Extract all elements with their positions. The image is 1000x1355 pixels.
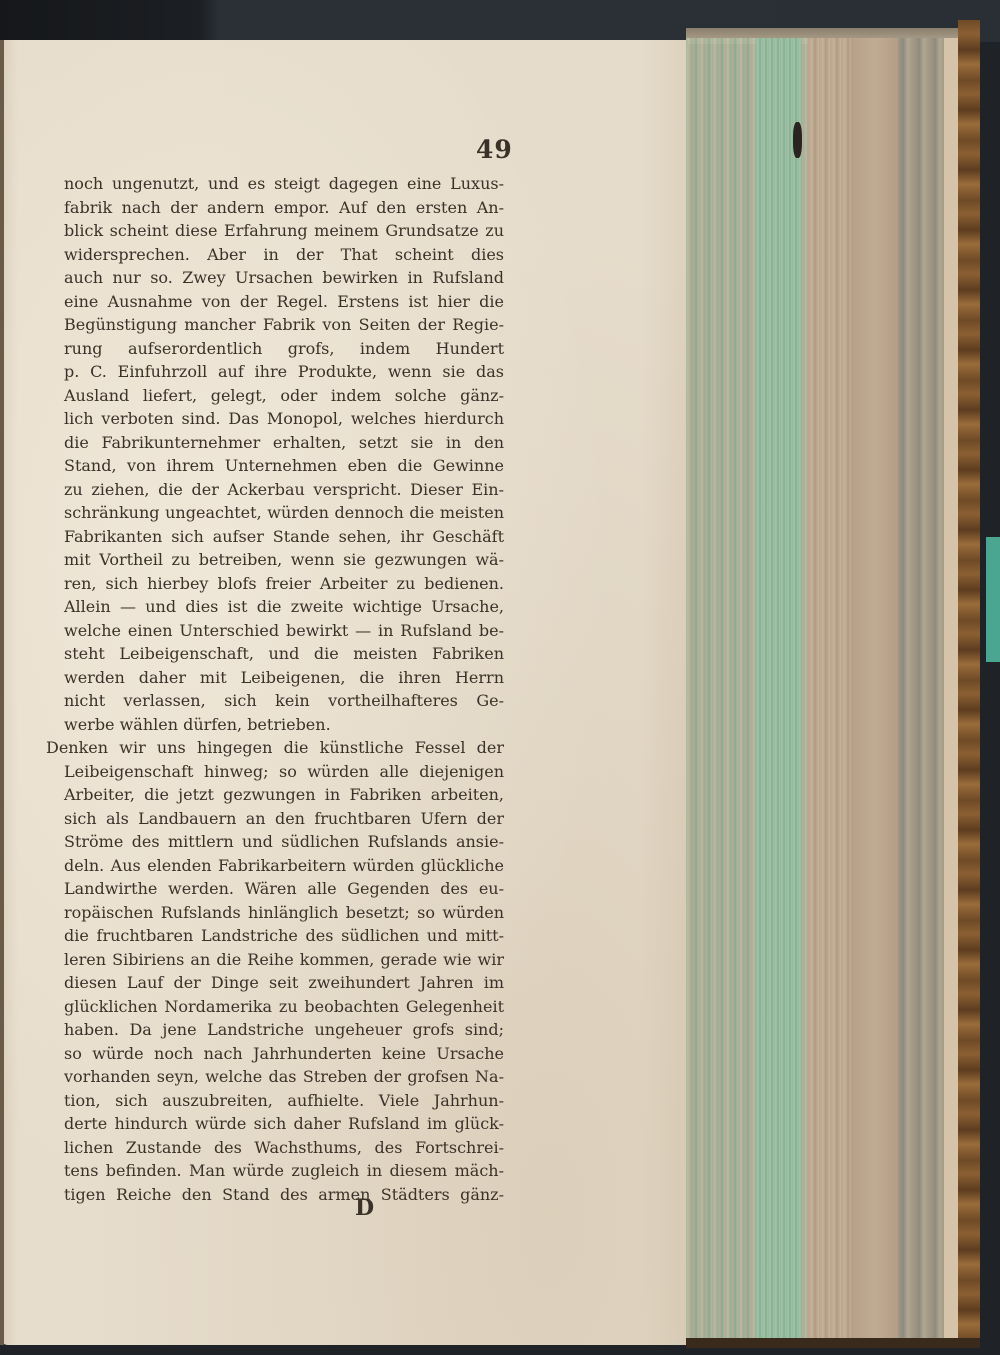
text-line: haben. Da jene Landstriche ungeheuer gro… [64,1018,504,1042]
book-bottom-edge [686,1338,980,1348]
text-line: lichen Zustande des Wachsthums, des Fort… [64,1136,504,1160]
color-reference-tab [986,537,1000,662]
text-line: Begünstigung mancher Fabrik von Seiten d… [64,313,504,337]
text-line: fabrik nach der andern empor. Auf den er… [64,196,504,220]
text-line: eine Ausnahme von der Regel. Erstens ist… [64,290,504,314]
text-line: blick scheint diese Erfahrung meinem Gru… [64,219,504,243]
text-line: derte hindurch würde sich daher Rufsland… [64,1112,504,1136]
text-line: widersprechen. Aber in der That scheint … [64,243,504,267]
text-line: werbe wählen dürfen, betrieben. [64,713,504,737]
text-line: Fabrikanten sich aufser Stande sehen, ih… [64,525,504,549]
text-line: tion, sich auszubreiten, aufhielte. Viel… [64,1089,504,1113]
text-line: die Fabrikunternehmer erhalten, setzt si… [64,431,504,455]
text-line: sich als Landbauern an den fruchtbaren U… [64,807,504,831]
text-line: Landwirthe werden. Wären alle Gegenden d… [64,877,504,901]
text-line: ren, sich hierbey blofs freier Arbeiter … [64,572,504,596]
text-line: tigen Reiche den Stand des armen Städter… [64,1183,504,1207]
text-line: noch ungenutzt, und es steigt dagegen ei… [64,172,504,196]
text-line: rung aufserordentlich grofs, indem Hunde… [64,337,504,361]
text-line: Allein — und dies ist die zweite wichtig… [64,595,504,619]
ink-blot [793,122,802,158]
page-number: 49 [476,135,513,164]
text-line: auch nur so. Zwey Ursachen bewirken in R… [64,266,504,290]
fore-edge-endpaper [944,38,958,1345]
text-line: so würde noch nach Jahrhunderten keine U… [64,1042,504,1066]
text-line: nicht verlassen, sich kein vortheilhafte… [64,689,504,713]
book-fore-edge [686,38,966,1345]
text-line: ropäischen Rufslands hinlänglich besetzt… [64,901,504,925]
fore-edge-green-band [756,38,801,1345]
text-line-paragraph-start: Denken wir uns hingegen die künstliche F… [46,736,504,760]
text-line: p. C. Einfuhrzoll auf ihre Produkte, wen… [64,360,504,384]
text-line: zu ziehen, die der Ackerbau verspricht. … [64,478,504,502]
text-line: Ausland liefert, gelegt, oder indem solc… [64,384,504,408]
text-line: schränkung ungeachtet, würden dennoch di… [64,501,504,525]
body-text: noch ungenutzt, und es steigt dagegen ei… [64,172,504,1206]
fore-edge-tan-band [851,38,899,1345]
text-line: die fruchtbaren Landstriche des südliche… [64,924,504,948]
text-line: Ströme des mittlern und südlichen Rufsla… [64,830,504,854]
leather-cover [958,20,980,1345]
text-line: Stand, von ihrem Unternehmen eben die Ge… [64,454,504,478]
text-line: Arbeiter, die jetzt gezwungen in Fabrike… [64,783,504,807]
text-line: diesen Lauf der Dinge seit zweihundert J… [64,971,504,995]
signature-mark: D [355,1195,374,1221]
text-line: welche einen Unterschied bewirkt — in Ru… [64,619,504,643]
text-line: glücklichen Nordamerika zu beobachten Ge… [64,995,504,1019]
text-line: mit Vortheil zu betreiben, wenn sie gezw… [64,548,504,572]
text-line: lich verboten sind. Das Monopol, welches… [64,407,504,431]
text-line: vorhanden seyn, welche das Streben der g… [64,1065,504,1089]
text-line: steht Leibeigenschaft, und die meisten F… [64,642,504,666]
text-line: tens befinden. Man würde zugleich in die… [64,1159,504,1183]
text-line: werden daher mit Leibeigenen, die ihren … [64,666,504,690]
text-line: deln. Aus elenden Fabrikarbeitern würden… [64,854,504,878]
text-line: Leibeigenschaft hinweg; so würden alle d… [64,760,504,784]
page-gutter-edge [0,40,4,1345]
text-line: leren Sibiriens an die Reihe kommen, ger… [64,948,504,972]
